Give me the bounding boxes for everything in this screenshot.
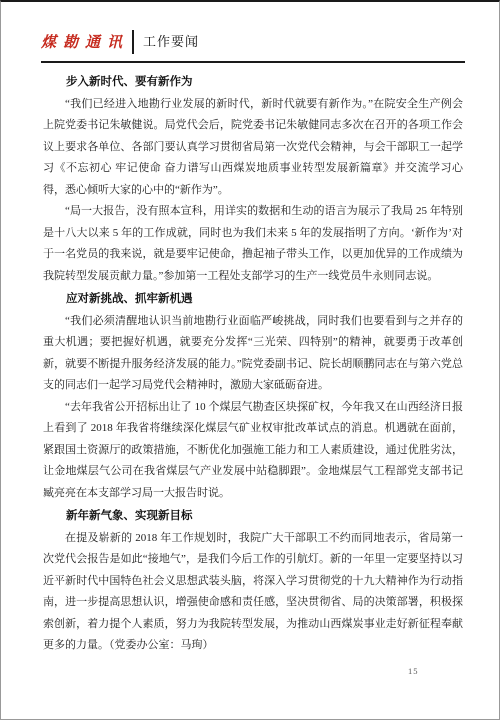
paragraph: “我们必须清醒地认识当前地勘行业面临严峻挑战，同时我们也要看到与之并存的重大机遇… [43, 311, 463, 397]
newsletter-masthead: 煤勘通讯 [41, 31, 129, 53]
paragraph: “我们已经进入地勘行业发展的新时代，新时代就要有新作为。”在院安全生产例会上院党… [43, 94, 463, 202]
article-body: 步入新时代、要有新作为 “我们已经进入地勘行业发展的新时代，新时代就要有新作为。… [43, 72, 463, 657]
section-heading-new-goals: 新年新气象、实现新目标 [43, 506, 463, 528]
newsletter-page: 煤勘通讯 工作要闻 步入新时代、要有新作为 “我们已经进入地勘行业发展的新时代，… [0, 0, 500, 720]
section-heading-new-era: 步入新时代、要有新作为 [43, 72, 463, 94]
paragraph: “局一大报告，没有照本宣科，用详实的数据和生动的语言为展示了我局 25 年特别是… [43, 201, 463, 287]
section-heading-new-challenges: 应对新挑战、抓牢新机遇 [43, 289, 463, 311]
paragraph: 在提及崭新的 2018 年工作规划时，我院广大干部职工不约而同地表示，省局第一次… [43, 528, 463, 657]
page-number: 15 [408, 666, 419, 676]
section-label: 工作要闻 [143, 31, 199, 53]
paragraph: “去年我省公开招标出让了 10 个煤层气勘查区块探矿权，今年我又在山西经济日报上… [43, 397, 463, 505]
header-divider [132, 30, 134, 54]
page-header: 煤勘通讯 工作要闻 [41, 30, 465, 63]
